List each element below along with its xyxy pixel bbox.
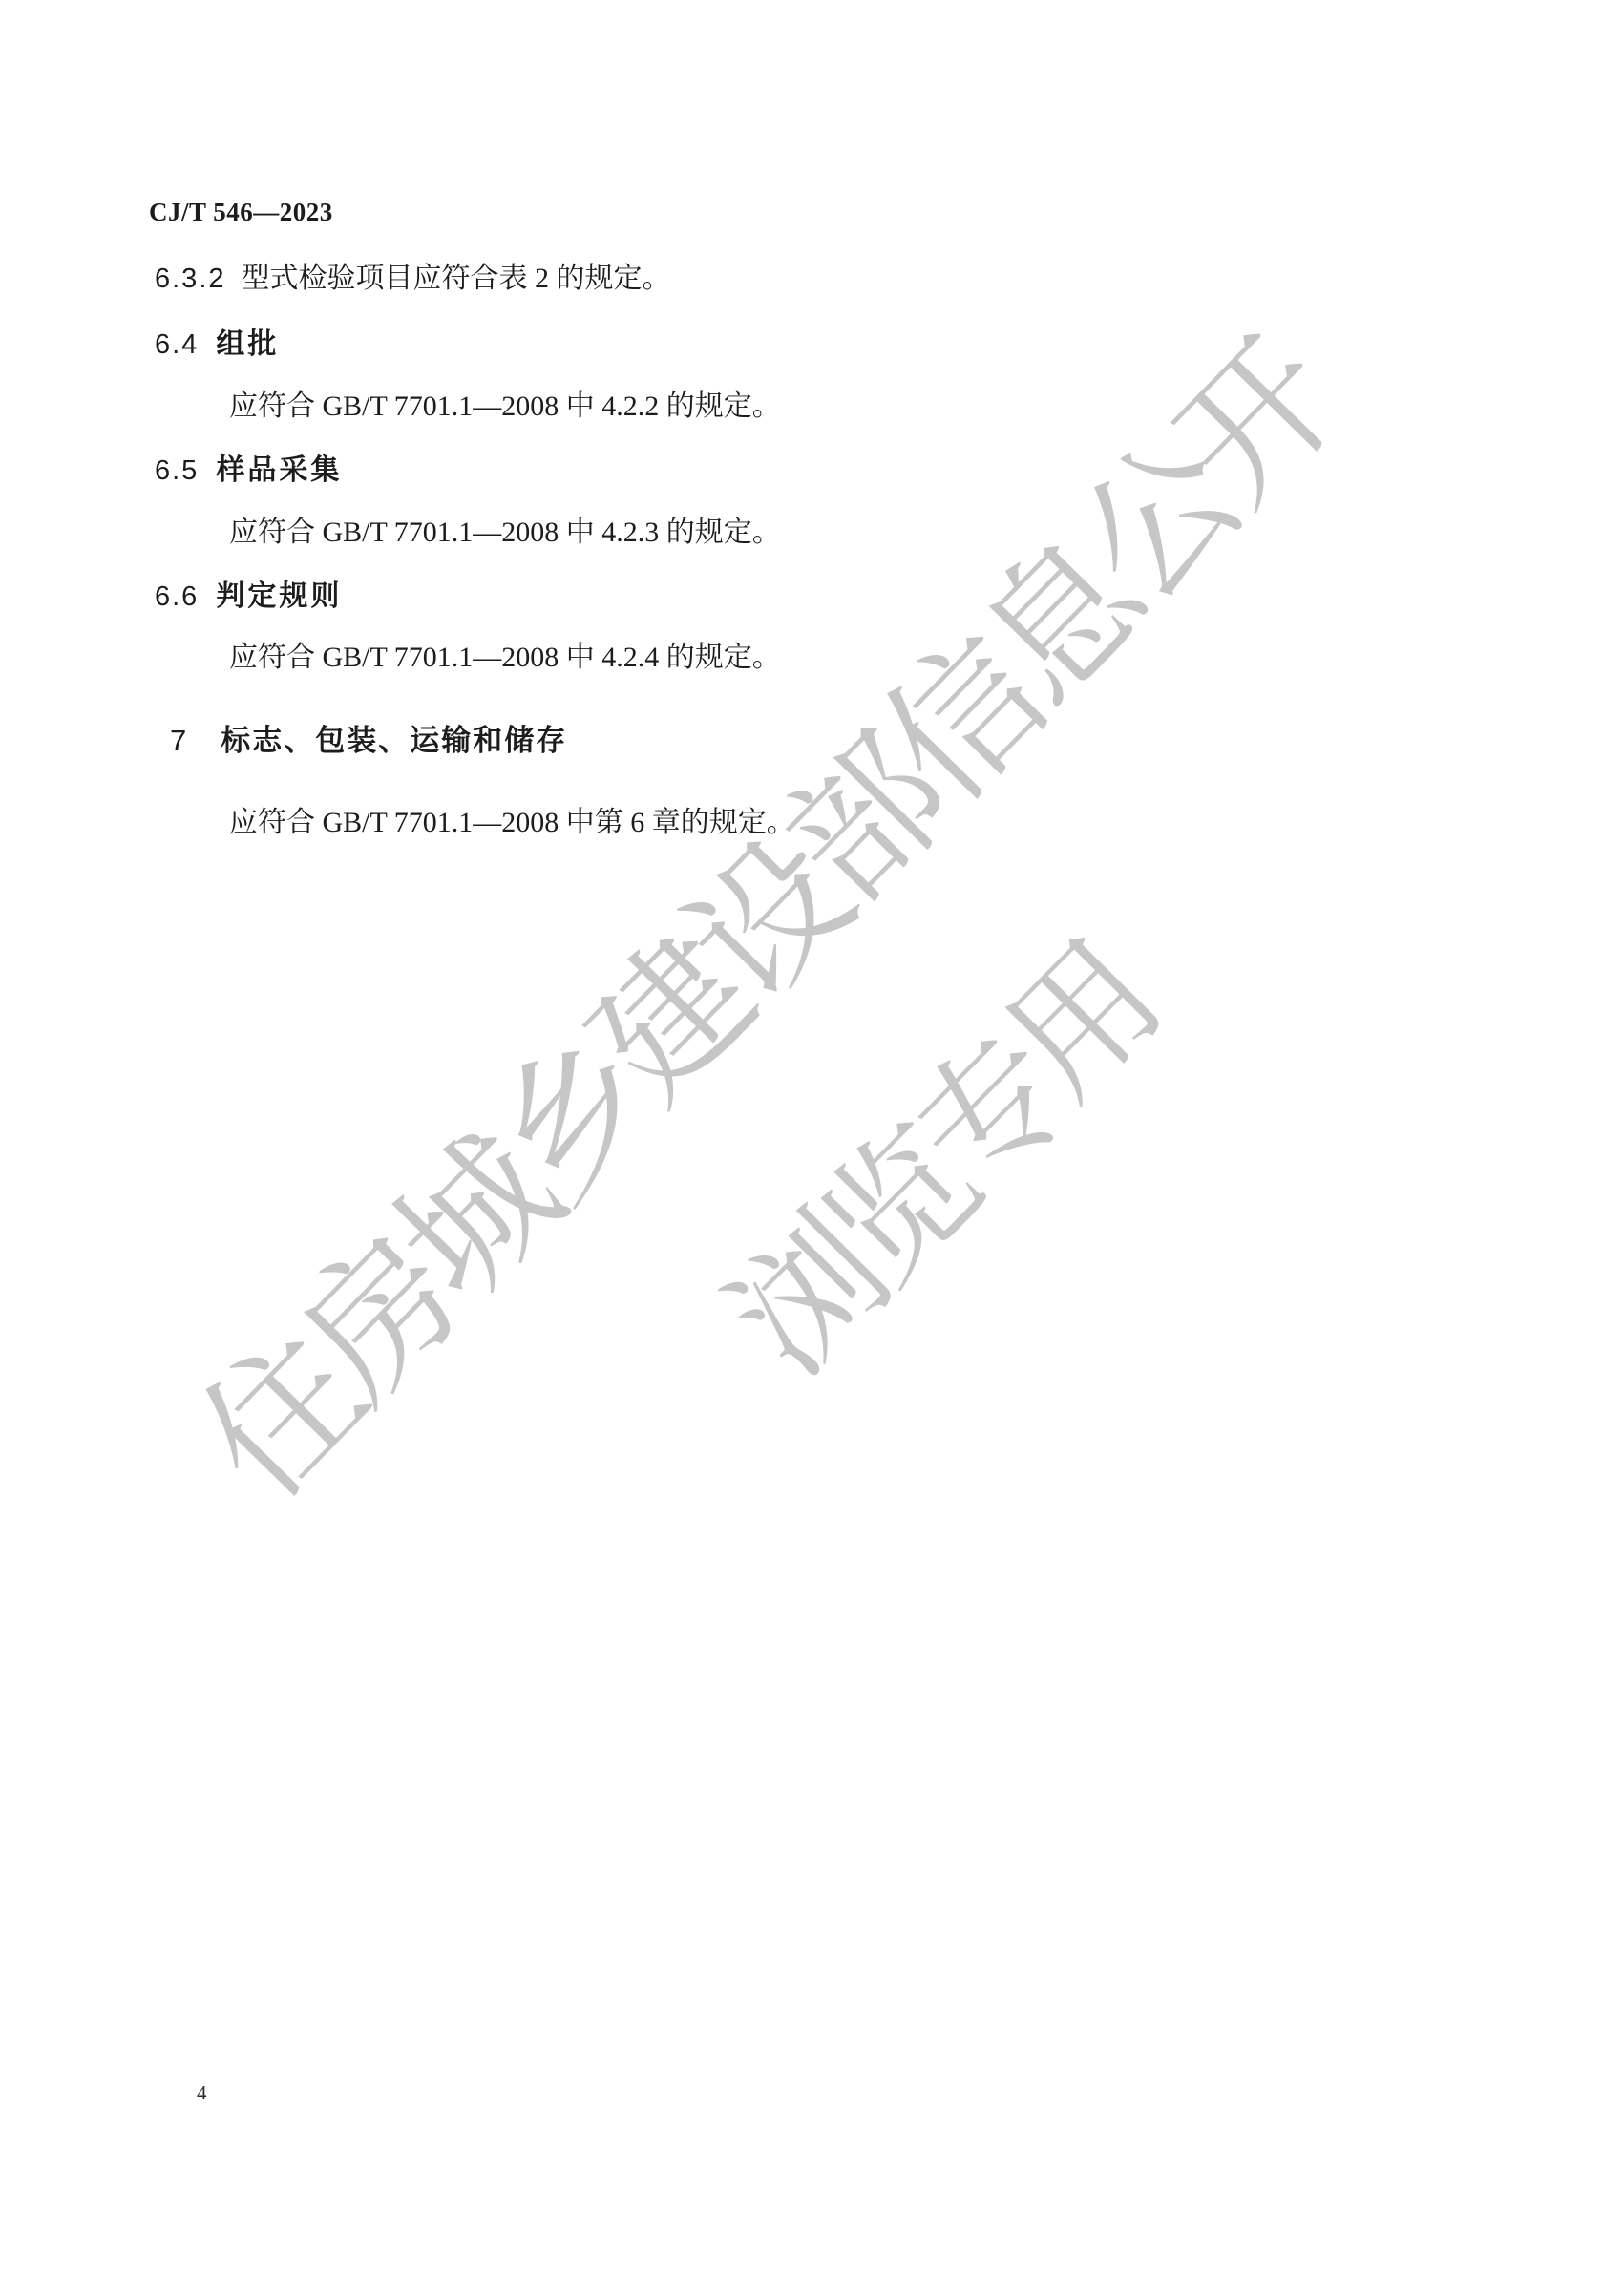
body-paragraph-6-5: 应符合 GB/T 7701.1—2008 中 4.2.3 的规定。 [229,516,781,550]
standard-code-header: CJ/T 546—2023 [149,197,333,227]
clause-text: 型式检验项目应符合表 2 的规定。 [242,263,671,294]
section-number: 6.5 [155,455,199,486]
document-page: 住房城乡建设部信息公开 浏览专用 CJ/T 546—2023 6.3.2型式检验… [0,0,1624,2278]
section-title: 组批 [216,328,279,360]
section-number: 6.6 [155,581,199,612]
clause-6-3-2: 6.3.2型式检验项目应符合表 2 的规定。 [155,262,671,296]
section-number: 6.4 [155,329,199,360]
chapter-heading-7: 7标志、包装、运输和储存 [170,723,567,758]
watermark-secondary: 浏览专用 [678,896,1190,1411]
body-paragraph-6-4: 应符合 GB/T 7701.1—2008 中 4.2.2 的规定。 [229,390,781,424]
body-paragraph-6-6: 应符合 GB/T 7701.1—2008 中 4.2.4 的规定。 [229,641,781,675]
chapter-number: 7 [170,724,188,757]
section-heading-6-6: 6.6判定规则 [155,580,342,614]
body-paragraph-7: 应符合 GB/T 7701.1—2008 中第 6 章的规定。 [229,806,795,840]
clause-number: 6.3.2 [155,264,226,294]
section-title: 判定规则 [216,580,342,612]
chapter-title: 标志、包装、运输和储存 [221,724,567,757]
section-title: 样品采集 [216,454,342,486]
section-heading-6-4: 6.4组批 [155,327,279,362]
section-heading-6-5: 6.5样品采集 [155,453,342,488]
page-number: 4 [197,2081,207,2105]
